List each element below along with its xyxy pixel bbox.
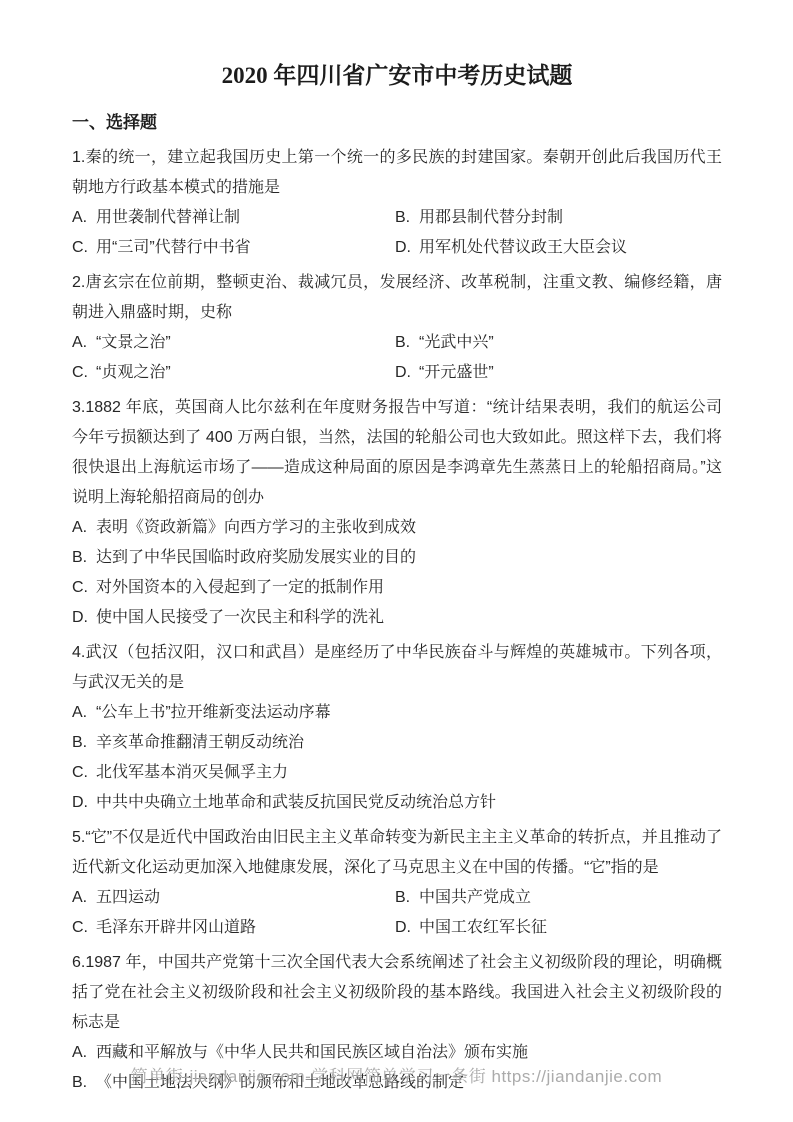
q4-option-c-text: 北伐军基本消灭吴佩孚主力: [96, 758, 722, 788]
page-content: 2020 年四川省广安市中考历史试题 一、选择题 1.秦的统一，建立起我国历史上…: [72, 0, 722, 1098]
question-2-stem: 2.唐玄宗在位前期，整顿吏治、裁减冗员，发展经济、改革税制，注重文教、编修经籍，…: [72, 268, 722, 328]
q1-option-a: A.用世袭制代替禅让制: [72, 203, 395, 233]
q3-option-d: D.使中国人民接受了一次民主和科学的洗礼: [72, 603, 722, 633]
q4-option-c-letter: C.: [72, 758, 96, 788]
q4-option-b-text: 辛亥革命推翻清王朝反动统治: [96, 728, 722, 758]
q4-option-a-letter: A.: [72, 698, 96, 728]
question-5: 5.“它”不仅是近代中国政治由旧民主主义革命转变为新民主主主义革命的转折点，并且…: [72, 823, 722, 943]
question-5-stem-text: “它”不仅是近代中国政治由旧民主主义革命转变为新民主主主义革命的转折点，并且推动…: [72, 829, 722, 876]
question-3: 3.1882 年底，英国商人比尔兹利在年度财务报告中写道：“统计结果表明，我们的…: [72, 393, 722, 633]
q5-option-d: D.中国工农红军长征: [395, 913, 722, 943]
q1-option-d-text: 用军机处代替议政王大臣会议: [419, 233, 722, 263]
q1-option-d-letter: D.: [395, 233, 419, 263]
q5-option-c-text: 毛泽东开辟井冈山道路: [96, 913, 395, 943]
q1-option-b-text: 用郡县制代替分封制: [419, 203, 722, 233]
question-2-stem-text: 唐玄宗在位前期，整顿吏治、裁减冗员，发展经济、改革税制，注重文教、编修经籍，唐朝…: [72, 274, 722, 321]
q3-option-a: A.表明《资政新篇》向西方学习的主张收到成效: [72, 513, 722, 543]
question-5-options: A.五四运动 B.中国共产党成立 C.毛泽东开辟井冈山道路 D.中国工农红军长征: [72, 883, 722, 943]
section-heading: 一、选择题: [72, 108, 722, 138]
q2-option-c-letter: C.: [72, 358, 96, 388]
question-2: 2.唐玄宗在位前期，整顿吏治、裁减冗员，发展经济、改革税制，注重文教、编修经籍，…: [72, 268, 722, 388]
q1-option-d: D.用军机处代替议政王大臣会议: [395, 233, 722, 263]
watermark-footer: 简单街-jiandanjie.com-学科网简单学习一条街 https://ji…: [0, 1062, 793, 1092]
q1-option-b-letter: B.: [395, 203, 419, 233]
question-4: 4.武汉（包括汉阳，汉口和武昌）是座经历了中华民族奋斗与辉煌的英雄城市。下列各项…: [72, 638, 722, 818]
q5-option-b-letter: B.: [395, 883, 419, 913]
q1-option-c-letter: C.: [72, 233, 96, 263]
q5-option-c-letter: C.: [72, 913, 96, 943]
q2-option-d: D.“开元盛世”: [395, 358, 722, 388]
q1-option-c-text: 用“三司”代替行中书省: [96, 233, 395, 263]
question-3-options: A.表明《资政新篇》向西方学习的主张收到成效 B.达到了中华民国临时政府奖励发展…: [72, 513, 722, 633]
question-4-stem: 4.武汉（包括汉阳，汉口和武昌）是座经历了中华民族奋斗与辉煌的英雄城市。下列各项…: [72, 638, 722, 698]
q4-option-a-text: “公车上书”拉开维新变法运动序幕: [96, 698, 722, 728]
q2-option-c: C.“贞观之治”: [72, 358, 395, 388]
q4-option-d-text: 中共中央确立土地革命和武装反抗国民党反动统治总方针: [96, 788, 722, 818]
q2-option-d-text: “开元盛世”: [419, 358, 722, 388]
q5-option-b: B.中国共产党成立: [395, 883, 722, 913]
q3-option-b: B.达到了中华民国临时政府奖励发展实业的目的: [72, 543, 722, 573]
q1-option-a-letter: A.: [72, 203, 96, 233]
question-3-number: 3.: [72, 399, 85, 416]
q2-option-d-letter: D.: [395, 358, 419, 388]
q3-option-d-letter: D.: [72, 603, 96, 633]
q3-option-c-text: 对外国资本的入侵起到了一定的抵制作用: [96, 573, 722, 603]
exam-document-page: 2020 年四川省广安市中考历史试题 一、选择题 1.秦的统一，建立起我国历史上…: [0, 0, 793, 1122]
q3-option-d-text: 使中国人民接受了一次民主和科学的洗礼: [96, 603, 722, 633]
q4-option-c: C.北伐军基本消灭吴佩孚主力: [72, 758, 722, 788]
q4-option-b: B.辛亥革命推翻清王朝反动统治: [72, 728, 722, 758]
q4-option-d: D.中共中央确立土地革命和武装反抗国民党反动统治总方针: [72, 788, 722, 818]
q2-option-b: B.“光武中兴”: [395, 328, 722, 358]
q5-option-d-text: 中国工农红军长征: [419, 913, 722, 943]
question-4-number: 4.: [72, 644, 85, 661]
q3-option-b-text: 达到了中华民国临时政府奖励发展实业的目的: [96, 543, 722, 573]
q4-option-a: A.“公车上书”拉开维新变法运动序幕: [72, 698, 722, 728]
question-1-number: 1.: [72, 149, 85, 166]
question-6-number: 6.: [72, 954, 85, 971]
page-title: 2020 年四川省广安市中考历史试题: [72, 58, 722, 94]
q5-option-b-text: 中国共产党成立: [419, 883, 722, 913]
q5-option-a: A.五四运动: [72, 883, 395, 913]
question-5-number: 5.: [72, 829, 85, 846]
q1-option-a-text: 用世袭制代替禅让制: [96, 203, 395, 233]
q5-option-a-text: 五四运动: [96, 883, 395, 913]
q2-option-a-letter: A.: [72, 328, 96, 358]
q3-option-a-letter: A.: [72, 513, 96, 543]
question-3-stem-text: 1882 年底，英国商人比尔兹利在年度财务报告中写道：“统计结果表明，我们的航运…: [72, 399, 722, 506]
question-6-stem-text: 1987 年，中国共产党第十三次全国代表大会系统阐述了社会主义初级阶段的理论，明…: [72, 954, 722, 1031]
q2-option-b-text: “光武中兴”: [419, 328, 722, 358]
q2-option-a: A.“文景之治”: [72, 328, 395, 358]
q3-option-b-letter: B.: [72, 543, 96, 573]
question-3-stem: 3.1882 年底，英国商人比尔兹利在年度财务报告中写道：“统计结果表明，我们的…: [72, 393, 722, 513]
question-1-stem-text: 秦的统一，建立起我国历史上第一个统一的多民族的封建国家。秦朝开创此后我国历代王朝…: [72, 149, 722, 196]
question-5-stem: 5.“它”不仅是近代中国政治由旧民主主义革命转变为新民主主主义革命的转折点，并且…: [72, 823, 722, 883]
q2-option-c-text: “贞观之治”: [96, 358, 395, 388]
q1-option-c: C.用“三司”代替行中书省: [72, 233, 395, 263]
question-2-number: 2.: [72, 274, 85, 291]
question-2-options: A.“文景之治” B.“光武中兴” C.“贞观之治” D.“开元盛世”: [72, 328, 722, 388]
question-6-stem: 6.1987 年，中国共产党第十三次全国代表大会系统阐述了社会主义初级阶段的理论…: [72, 948, 722, 1038]
q4-option-b-letter: B.: [72, 728, 96, 758]
q3-option-a-text: 表明《资政新篇》向西方学习的主张收到成效: [96, 513, 722, 543]
question-1-stem: 1.秦的统一，建立起我国历史上第一个统一的多民族的封建国家。秦朝开创此后我国历代…: [72, 143, 722, 203]
question-4-stem-text: 武汉（包括汉阳，汉口和武昌）是座经历了中华民族奋斗与辉煌的英雄城市。下列各项，与…: [72, 644, 722, 691]
q2-option-a-text: “文景之治”: [96, 328, 395, 358]
question-1-options: A.用世袭制代替禅让制 B.用郡县制代替分封制 C.用“三司”代替行中书省 D.…: [72, 203, 722, 263]
question-1: 1.秦的统一，建立起我国历史上第一个统一的多民族的封建国家。秦朝开创此后我国历代…: [72, 143, 722, 263]
question-4-options: A.“公车上书”拉开维新变法运动序幕 B.辛亥革命推翻清王朝反动统治 C.北伐军…: [72, 698, 722, 818]
q5-option-d-letter: D.: [395, 913, 419, 943]
q4-option-d-letter: D.: [72, 788, 96, 818]
q3-option-c: C.对外国资本的入侵起到了一定的抵制作用: [72, 573, 722, 603]
q1-option-b: B.用郡县制代替分封制: [395, 203, 722, 233]
q2-option-b-letter: B.: [395, 328, 419, 358]
q5-option-c: C.毛泽东开辟井冈山道路: [72, 913, 395, 943]
q3-option-c-letter: C.: [72, 573, 96, 603]
q5-option-a-letter: A.: [72, 883, 96, 913]
